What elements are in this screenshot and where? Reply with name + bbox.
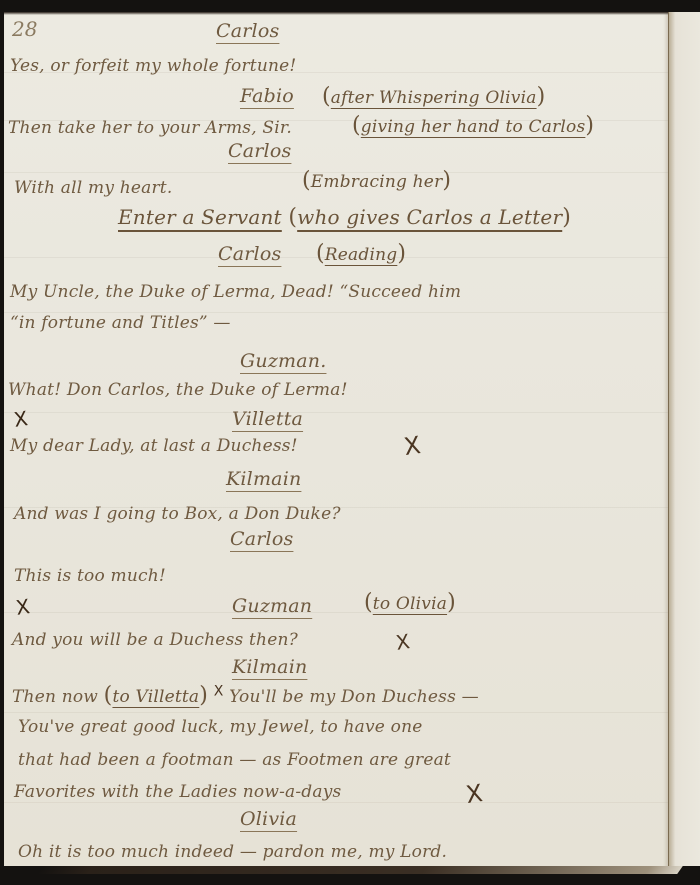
stage-direction-text: giving her hand to Carlos <box>361 117 586 137</box>
ruled-line <box>4 412 668 413</box>
ruled-line <box>4 712 668 713</box>
stage-entry: Enter a Servant <box>118 205 282 229</box>
speech-line: And you will be a Duchess then? <box>12 630 298 650</box>
speech-text: Then now <box>12 687 98 707</box>
ruled-line <box>4 802 668 803</box>
margin-x-mark: X <box>14 594 31 620</box>
speaker-name: Carlos <box>230 528 293 550</box>
stage-direction-text: who gives Carlos a Letter <box>297 205 562 229</box>
speaker-name: Carlos <box>228 140 291 162</box>
speaker-name: Carlos <box>218 243 281 265</box>
stage-direction-text: to Villetta <box>112 687 199 707</box>
speaker-name: Olivia <box>240 808 297 830</box>
stage-direction: Enter a Servant (who gives Carlos a Lett… <box>118 205 571 230</box>
page-fold-shadow <box>37 866 683 874</box>
stage-direction-text: to Olivia <box>373 594 447 614</box>
speech-line: And was I going to Box, a Don Duke? <box>14 504 341 524</box>
stage-direction: (after Whispering Olivia) <box>322 84 545 109</box>
stage-direction-text: Embracing her <box>311 172 443 192</box>
speaker-name: Villetta <box>232 408 303 430</box>
speaker-name: Kilmain <box>232 656 307 678</box>
speech-line: With all my heart. <box>14 178 172 198</box>
speech-line: Favorites with the Ladies now-a-days <box>14 782 341 802</box>
page-top-edge <box>4 12 668 15</box>
speech-line: Oh it is too much indeed — pardon me, my… <box>18 842 447 862</box>
stage-direction-text: after Whispering Olivia <box>331 88 537 108</box>
speech-line: You've great good luck, my Jewel, to hav… <box>18 717 423 737</box>
speech-line: Yes, or forfeit my whole fortune! <box>10 56 296 76</box>
stage-direction: (to Olivia) <box>364 590 456 615</box>
speech-line: My dear Lady, at last a Duchess! <box>10 436 298 456</box>
stage-direction: (giving her hand to Carlos) <box>352 113 594 138</box>
insertion-x-mark: X <box>214 683 224 699</box>
speech-line: Then now (to Villetta) X You'll be my Do… <box>12 683 479 708</box>
margin-x-mark: X <box>394 629 411 655</box>
ruled-line <box>4 612 668 613</box>
speaker-name: Fabio <box>240 85 294 107</box>
speech-continuation: You'll be my Don Duchess — <box>229 687 479 707</box>
speech-line: “in fortune and Titles” — <box>10 313 231 333</box>
speaker-name: Guzman. <box>240 350 326 372</box>
speaker-name: Carlos <box>216 20 279 42</box>
speech-line: This is too much! <box>14 566 166 586</box>
margin-x-mark: X <box>12 406 29 432</box>
stage-direction: (Embracing her) <box>302 168 451 193</box>
stage-direction: (Reading) <box>316 241 406 266</box>
speaker-name: Guzman <box>232 595 312 617</box>
stage-direction-text: Reading <box>325 245 398 265</box>
speech-line: Then take her to your Arms, Sir. <box>8 118 292 138</box>
speech-line: My Uncle, the Duke of Lerma, Dead! “Succ… <box>10 282 461 302</box>
page-number: 28 <box>12 17 37 41</box>
speech-line: What! Don Carlos, the Duke of Lerma! <box>8 380 348 400</box>
speaker-name: Kilmain <box>226 468 301 490</box>
adjacent-page-edge <box>668 12 700 874</box>
speech-line: that had been a footman — as Footmen are… <box>18 750 451 770</box>
